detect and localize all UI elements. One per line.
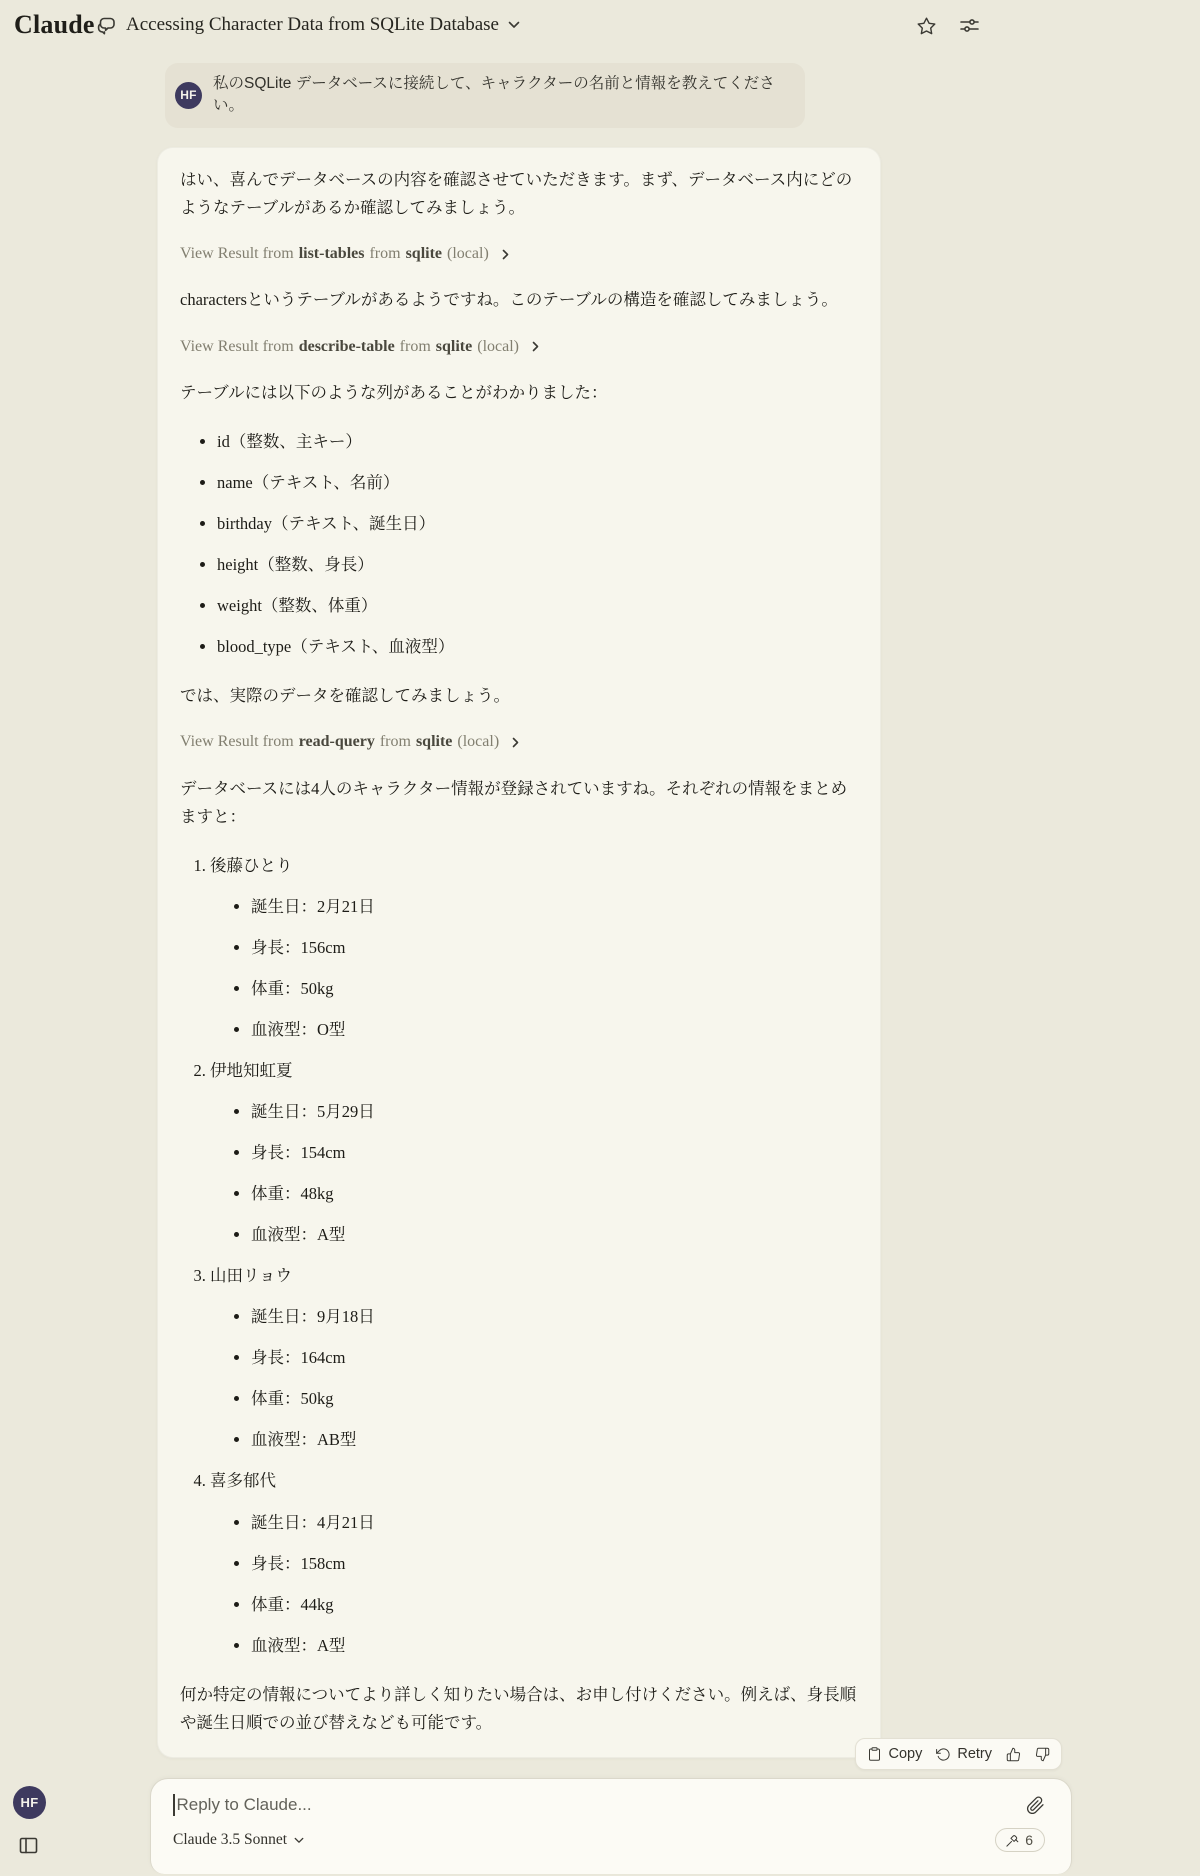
column-item: weight（整数、体重）: [217, 592, 858, 620]
column-item: birthday（テキスト、誕生日）: [217, 510, 858, 538]
character-detail: 身長：154cm: [251, 1139, 858, 1167]
character-detail: 血液型：AB型: [251, 1426, 858, 1454]
star-button[interactable]: [916, 16, 937, 37]
sliders-icon: [959, 16, 980, 35]
user-message: HF 私のSQLite データベースに接続して、キャラクターの名前と情報を教えて…: [165, 63, 805, 128]
tool-name: describe-table: [299, 336, 395, 358]
character-detail: 血液型：A型: [251, 1221, 858, 1249]
character-name: 後藤ひとり: [210, 856, 293, 875]
chevron-down-icon: [294, 1837, 304, 1844]
character-details: 誕生日：2月21日 身長：156cm 体重：50kg 血液型：O型: [210, 893, 858, 1044]
retry-label: Retry: [957, 1746, 992, 1762]
model-name: Claude 3.5 Sonnet: [173, 1831, 287, 1849]
assistant-paragraph-results-intro: データベースには4人のキャラクター情報が登録されていますね。それぞれの情報をまと…: [180, 775, 858, 831]
character-detail: 誕生日：9月18日: [251, 1303, 858, 1331]
character-detail: 誕生日：4月21日: [251, 1509, 858, 1537]
character-details: 誕生日：5月29日 身長：154cm 体重：48kg 血液型：A型: [210, 1098, 858, 1249]
user-message-row: HF 私のSQLite データベースに接続して、キャラクターの名前と情報を教えて…: [165, 63, 805, 128]
tool-result-prefix: View Result from: [180, 243, 294, 265]
character-detail: 誕生日：2月21日: [251, 893, 858, 921]
composer: Reply to Claude... Claude 3.5 Sonnet 6: [150, 1778, 1072, 1874]
account-avatar-button[interactable]: HF: [13, 1786, 46, 1819]
chevron-down-icon: [508, 21, 520, 29]
character-item: 喜多郁代 誕生日：4月21日 身長：158cm 体重：44kg 血液型：A型: [210, 1467, 858, 1659]
top-bar: Claude Accessing Character Data from SQL…: [0, 0, 1200, 52]
tool-server: sqlite: [406, 243, 442, 265]
character-item: 後藤ひとり 誕生日：2月21日 身長：156cm 体重：50kg 血液型：O型: [210, 852, 858, 1044]
chevron-right-icon: [512, 737, 519, 748]
clipboard-icon: [867, 1746, 882, 1762]
character-detail: 体重：48kg: [251, 1180, 858, 1208]
character-name: 山田リョウ: [210, 1266, 292, 1285]
hammer-icon: [1005, 1833, 1020, 1848]
character-item: 伊地知虹夏 誕生日：5月29日 身長：154cm 体重：48kg 血液型：A型: [210, 1057, 858, 1249]
character-detail: 血液型：O型: [251, 1016, 858, 1044]
settings-button[interactable]: [959, 16, 980, 35]
character-detail: 体重：50kg: [251, 975, 858, 1003]
column-item: id（整数、主キー）: [217, 428, 858, 456]
tool-result-mid: from: [400, 336, 431, 358]
sidebar-toggle-button[interactable]: [19, 1837, 38, 1854]
chat-title-menu[interactable]: Accessing Character Data from SQLite Dat…: [96, 14, 520, 36]
tool-result-read-query[interactable]: View Result from read-query from sqlite …: [180, 731, 858, 753]
tool-result-mid: from: [380, 731, 411, 753]
column-item: height（整数、身長）: [217, 551, 858, 579]
tool-result-mid: from: [369, 243, 400, 265]
claude-logo[interactable]: Claude: [14, 10, 95, 40]
tool-name: list-tables: [299, 243, 365, 265]
retry-button[interactable]: Retry: [936, 1746, 992, 1762]
character-detail: 誕生日：5月29日: [251, 1098, 858, 1126]
thumbs-up-icon: [1006, 1747, 1021, 1762]
tool-scope: (local): [447, 243, 489, 265]
chat-title: Accessing Character Data from SQLite Dat…: [126, 14, 499, 36]
thumbs-down-icon: [1035, 1747, 1050, 1762]
user-avatar[interactable]: HF: [175, 82, 202, 109]
character-detail: 身長：158cm: [251, 1550, 858, 1578]
column-item: name（テキスト、名前）: [217, 469, 858, 497]
star-icon: [916, 16, 937, 37]
tool-server: sqlite: [416, 731, 452, 753]
character-name: 伊地知虹夏: [210, 1061, 293, 1080]
conversation-icon: [96, 15, 117, 36]
character-detail: 体重：44kg: [251, 1591, 858, 1619]
column-item: blood_type（テキスト、血液型）: [217, 633, 858, 661]
thumbs-up-button[interactable]: [1006, 1747, 1021, 1762]
columns-list: id（整数、主キー） name（テキスト、名前） birthday（テキスト、誕…: [180, 428, 858, 661]
chevron-right-icon: [532, 341, 539, 352]
model-selector[interactable]: Claude 3.5 Sonnet: [173, 1831, 304, 1849]
assistant-paragraph-data-intro: では、実際のデータを確認してみましょう。: [180, 682, 858, 710]
character-details: 誕生日：9月18日 身長：164cm 体重：50kg 血液型：AB型: [210, 1303, 858, 1454]
character-detail: 血液型：A型: [251, 1632, 858, 1660]
sidebar-toggle-icon: [19, 1837, 38, 1854]
tool-result-describe-table[interactable]: View Result from describe-table from sql…: [180, 336, 858, 358]
tool-scope: (local): [477, 336, 519, 358]
tools-count: 6: [1025, 1832, 1033, 1848]
tool-name: read-query: [299, 731, 375, 753]
thumbs-down-button[interactable]: [1035, 1747, 1050, 1762]
message-actions: Copy Retry: [855, 1738, 1062, 1770]
retry-icon: [936, 1747, 951, 1762]
character-item: 山田リョウ 誕生日：9月18日 身長：164cm 体重：50kg 血液型：AB型: [210, 1262, 858, 1454]
attach-button[interactable]: [1026, 1796, 1045, 1815]
characters-list: 後藤ひとり 誕生日：2月21日 身長：156cm 体重：50kg 血液型：O型 …: [180, 852, 858, 1660]
assistant-paragraph-columns-intro: テーブルには以下のような列があることがわかりました：: [180, 379, 858, 407]
tool-server: sqlite: [436, 336, 472, 358]
character-detail: 身長：164cm: [251, 1344, 858, 1372]
assistant-paragraph-intro: はい、喜んでデータベースの内容を確認させていただきます。まず、データベース内にど…: [180, 166, 858, 222]
character-name: 喜多郁代: [210, 1471, 276, 1490]
copy-button[interactable]: Copy: [867, 1746, 922, 1762]
tools-badge[interactable]: 6: [995, 1828, 1045, 1852]
tool-result-prefix: View Result from: [180, 336, 294, 358]
tool-result-list-tables[interactable]: View Result from list-tables from sqlite…: [180, 243, 858, 265]
copy-label: Copy: [888, 1746, 922, 1762]
text-cursor: [173, 1794, 175, 1816]
assistant-message: はい、喜んでデータベースの内容を確認させていただきます。まず、データベース内にど…: [157, 147, 881, 1758]
assistant-paragraph-tables-found: charactersというテーブルがあるようですね。このテーブルの構造を確認して…: [180, 286, 858, 314]
character-detail: 身長：156cm: [251, 934, 858, 962]
assistant-paragraph-closing: 何か特定の情報についてより詳しく知りたい場合は、お申し付けください。例えば、身長…: [180, 1681, 858, 1737]
character-detail: 体重：50kg: [251, 1385, 858, 1413]
tool-result-prefix: View Result from: [180, 731, 294, 753]
character-details: 誕生日：4月21日 身長：158cm 体重：44kg 血液型：A型: [210, 1509, 858, 1660]
user-message-text: 私のSQLite データベースに接続して、キャラクターの名前と情報を教えてくださ…: [213, 73, 789, 118]
paperclip-icon: [1026, 1796, 1045, 1815]
tool-scope: (local): [457, 731, 499, 753]
chevron-right-icon: [502, 249, 509, 260]
message-input[interactable]: Reply to Claude...: [177, 1795, 1015, 1815]
